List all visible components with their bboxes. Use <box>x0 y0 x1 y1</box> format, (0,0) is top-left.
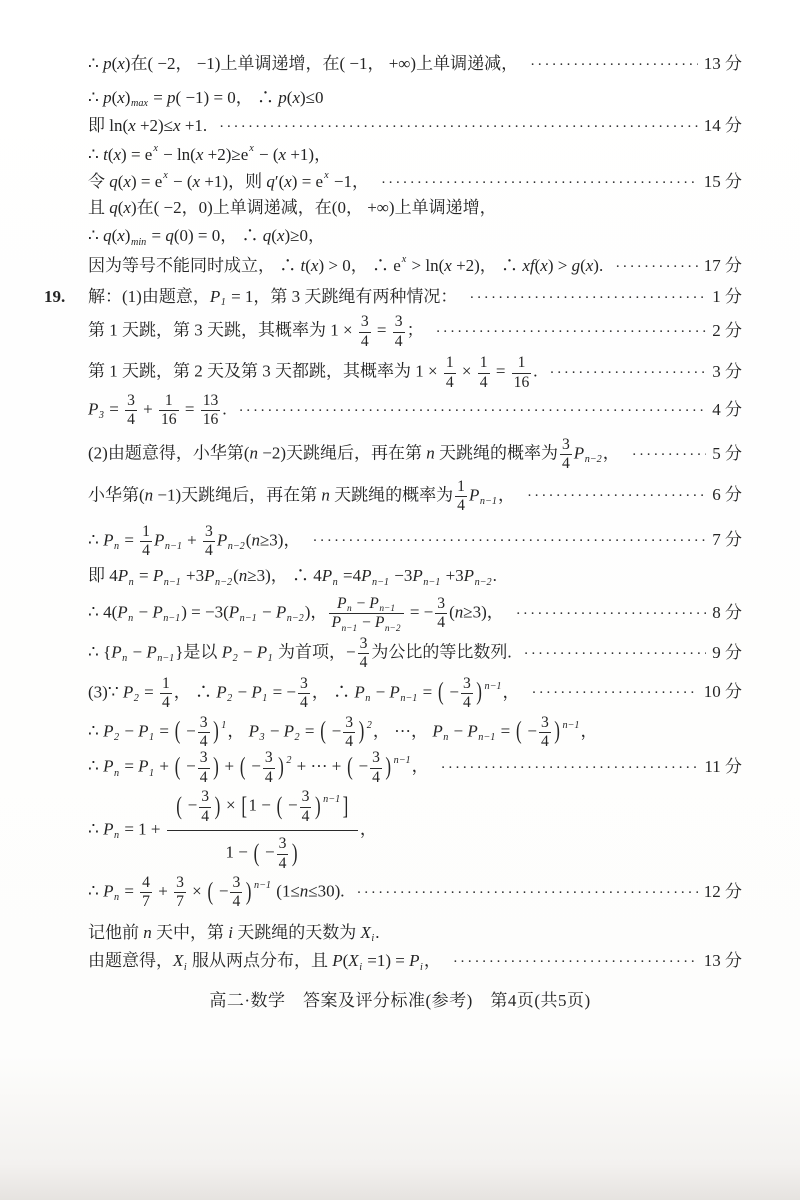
answer-line: 且 q(x)在( −2，0)上单调递减，在(0， +∞)上单调递增， <box>88 196 742 221</box>
score-label: 12 分 <box>704 880 742 905</box>
subscript: n−1 <box>400 692 417 707</box>
big-bracket: ] <box>343 793 349 820</box>
big-bracket: ) <box>554 713 560 750</box>
subscript: i <box>184 961 187 976</box>
math-variable: P <box>216 682 226 701</box>
math-variable: P <box>251 682 261 701</box>
math-variable: P <box>432 721 442 740</box>
answer-line: ∴ Pn = 14Pn−1 + 34Pn−2(n≥3)，············… <box>88 524 742 560</box>
fraction-denominator: 4 <box>539 733 551 750</box>
dotted-leader: ········································… <box>453 952 698 974</box>
line-content: (2)由题意得，小华第(n −2)天跳绳后，再在第 n 天跳绳的概率为34Pn−… <box>88 437 620 473</box>
subscript: n <box>128 612 133 627</box>
math-variable: xf <box>522 256 534 275</box>
math-variable: x <box>292 88 300 107</box>
superscript: 2 <box>286 754 291 769</box>
math-variable: P <box>412 566 422 585</box>
dotted-leader: ········································… <box>524 644 707 666</box>
math-variable: x <box>117 88 125 107</box>
math-variable: q <box>266 172 275 191</box>
math-variable: P <box>103 530 113 549</box>
fraction-numerator: 3 <box>125 393 137 411</box>
fraction-denominator: 7 <box>174 893 186 910</box>
superscript: x <box>324 169 329 184</box>
line-content: 小华第(n −1)天跳绳后，再在第 n 天跳绳的概率为14Pn−1， <box>88 479 515 515</box>
math-variable: P <box>154 530 164 549</box>
math-variable: X <box>173 951 183 970</box>
fraction-numerator: 3 <box>230 875 242 893</box>
big-bracket: ( <box>347 749 353 786</box>
math-variable: P <box>464 566 474 585</box>
fraction-denominator: 4 <box>203 542 215 559</box>
fraction-numerator: 1 <box>478 355 490 373</box>
subscript: 3 <box>259 731 264 746</box>
subscript: 2 <box>134 692 139 707</box>
math-variable: x <box>277 226 285 245</box>
dotted-leader: ········································… <box>516 604 707 626</box>
line-content: 第 1 天跳，第 2 天及第 3 天都跳，其概率为 1 × 14 × 14 = … <box>88 355 538 391</box>
fraction-denominator: 4 <box>298 694 310 711</box>
fraction-denominator: 4 <box>198 733 210 750</box>
subscript: n−2 <box>228 540 245 555</box>
fraction-numerator: 1 <box>444 355 456 373</box>
subscript: n−1 <box>163 612 180 627</box>
fraction-denominator: 16 <box>201 411 221 428</box>
fraction: 116 <box>159 393 179 429</box>
math-variable: p <box>167 88 176 107</box>
math-variable: q <box>109 172 118 191</box>
answer-line: ∴ {Pn − Pn−1}是以 P2 − P1 为首项，−34为公比的等比数列.… <box>88 636 742 672</box>
fraction: 37 <box>174 875 186 911</box>
math-variable: P <box>103 721 113 740</box>
math-variable: n <box>249 444 258 463</box>
fraction-numerator: 4 <box>140 875 152 893</box>
fraction-denominator: Pn−1 − Pn−2 <box>329 614 403 631</box>
big-bracket: ( <box>438 674 444 711</box>
fraction-denominator: 16 <box>159 411 179 428</box>
fraction-numerator: 13 <box>201 393 221 411</box>
answer-line: 第 1 天跳，第 3 天跳，其概率为 1 × 34 = 34；·········… <box>88 314 742 350</box>
line-content: ∴ p(x)在( −2， −1)上单调递增，在( −1， +∞)上单调递减， <box>88 52 518 77</box>
subscript: 1 <box>221 296 226 311</box>
math-variable: q <box>109 198 118 217</box>
math-variable: x <box>123 172 131 191</box>
fraction: 116 <box>512 355 532 391</box>
subscript: i <box>420 961 423 976</box>
fraction-numerator: 3 <box>343 715 355 733</box>
math-variable: P <box>389 682 399 701</box>
dotted-leader: ········································… <box>436 322 707 344</box>
math-variable: q <box>165 226 174 245</box>
score-label: 8 分 <box>712 601 742 626</box>
answer-line: ∴ 4(Pn − Pn−1) = −3(Pn−1 − Pn−2)，Pn − Pn… <box>88 596 742 632</box>
math-variable: P <box>88 400 98 419</box>
line-content: P3 = 34 + 116 = 1316. <box>88 393 227 429</box>
fraction: 14 <box>478 355 490 391</box>
math-variable: x <box>123 198 131 217</box>
score-label: 17 分 <box>704 254 742 279</box>
score-label: 14 分 <box>704 114 742 139</box>
fraction: 34 <box>370 750 382 786</box>
subscript: n−1 <box>423 576 440 591</box>
answer-line: ∴ P2 − P1 = ( −34)1， P3 − P2 = ( −34)2， … <box>88 715 742 751</box>
subscript: n <box>114 891 119 906</box>
fraction-numerator: 3 <box>298 676 310 694</box>
score-label: 2 分 <box>712 319 742 344</box>
big-bracket: ) <box>476 674 482 711</box>
fraction: 34 <box>435 596 447 632</box>
fraction-numerator: 3 <box>358 636 370 654</box>
big-bracket: ( <box>207 874 213 911</box>
fraction: 1316 <box>201 393 221 429</box>
fraction-denominator: 7 <box>140 893 152 910</box>
fraction-numerator: 3 <box>560 437 572 455</box>
dotted-leader: ········································… <box>312 531 706 553</box>
math-variable: P <box>337 595 347 612</box>
big-bracket: ) <box>213 713 219 750</box>
subscript: 3 <box>99 409 104 424</box>
fraction: 34 <box>277 836 289 872</box>
math-variable: x <box>586 256 594 275</box>
math-variable: x <box>311 256 319 275</box>
math-variable: g <box>572 256 581 275</box>
line-content: 因为等号不能同时成立， ∴ t(x) > 0， ∴ ex > ln(x +2)，… <box>88 254 603 279</box>
answer-line: ∴ Pn = 47 + 37 × ( −34)n−1 (1≤n≤30).····… <box>88 875 742 911</box>
math-variable: n <box>426 444 435 463</box>
score-label: 9 分 <box>712 641 742 666</box>
score-label: 13 分 <box>704 949 742 974</box>
answer-line: ∴ p(x)max = p( −1) = 0， ∴ p(x)≤0 <box>88 86 742 111</box>
math-variable: i <box>228 923 233 942</box>
fraction: 34 <box>230 875 242 911</box>
fraction-numerator: 3 <box>461 676 473 694</box>
line-content: ∴ Pn = 47 + 37 × ( −34)n−1 (1≤n≤30). <box>88 875 345 911</box>
answer-line: 由题意得，Xi 服从两点分布，且 P(Xi =1) = Pi，·········… <box>88 949 742 974</box>
line-content: ∴ Pn = 14Pn−1 + 34Pn−2(n≥3)， <box>88 524 300 560</box>
subscript: max <box>131 97 148 112</box>
big-bracket: [ <box>241 793 247 820</box>
fraction-denominator: 4 <box>198 769 210 786</box>
math-variable: P <box>354 682 364 701</box>
fraction: 34 <box>125 393 137 429</box>
subscript: n−1 <box>165 540 182 555</box>
big-bracket: ) <box>359 713 365 750</box>
line-content: 第 1 天跳，第 3 天跳，其概率为 1 × 34 = 34； <box>88 314 424 350</box>
fraction: 34 <box>461 676 473 712</box>
fraction: 34 <box>298 676 310 712</box>
fraction-denominator: 4 <box>435 614 447 631</box>
math-variable: p <box>103 88 112 107</box>
fraction-numerator: 3 <box>198 750 210 768</box>
dotted-leader: ········································… <box>219 117 698 139</box>
superscript: n−1 <box>484 680 501 695</box>
subscript: n−2 <box>385 625 401 635</box>
subscript: i <box>371 932 374 947</box>
subscript: n−2 <box>287 612 304 627</box>
scanned-answer-page: ∴ p(x)在( −2， −1)上单调递增，在( −1， +∞)上单调递减，··… <box>0 0 800 1200</box>
score-label: 11 分 <box>704 755 742 780</box>
math-variable: P <box>222 643 232 662</box>
subscript: n−1 <box>240 612 257 627</box>
score-label: 10 分 <box>704 680 742 705</box>
dotted-leader: ········································… <box>530 55 698 77</box>
score-label: 5 分 <box>712 442 742 467</box>
fraction: 34 <box>203 524 215 560</box>
math-variable: P <box>276 603 286 622</box>
fraction-numerator: 3 <box>370 750 382 768</box>
score-label: 1 分 <box>712 285 742 310</box>
fraction-denominator: 4 <box>560 455 572 472</box>
fraction-denominator: 4 <box>370 769 382 786</box>
subscript: n <box>347 605 352 615</box>
superscript: x <box>163 169 168 184</box>
math-variable: x <box>444 256 452 275</box>
fraction-numerator: 1 <box>160 676 172 694</box>
math-variable: P <box>138 757 148 776</box>
line-content: 解：(1)由题意，P1 = 1，第 3 天跳绳有两种情况： <box>88 285 457 310</box>
dotted-leader: ········································… <box>357 883 698 905</box>
fraction: 34 <box>343 715 355 751</box>
math-variable: n <box>239 566 248 585</box>
superscript: n−1 <box>394 754 411 769</box>
fraction-denominator: 1 − ( −34) <box>167 831 358 875</box>
answer-line: ∴ p(x)在( −2， −1)上单调递增，在( −1， +∞)上单调递减，··… <box>88 52 742 77</box>
superscript: n−1 <box>254 879 271 894</box>
score-label: 13 分 <box>704 52 742 77</box>
score-label: 6 分 <box>712 483 742 508</box>
fraction: 47 <box>140 875 152 911</box>
math-variable: q <box>263 226 272 245</box>
question-number: 19. <box>44 285 88 310</box>
subscript: n−1 <box>157 652 174 667</box>
big-bracket: ( <box>240 749 246 786</box>
subscript: n <box>114 540 119 555</box>
score-label: 4 分 <box>712 398 742 423</box>
math-variable: P <box>332 951 342 970</box>
fraction-denominator: 4 <box>230 893 242 910</box>
math-variable: P <box>469 485 479 504</box>
big-bracket: ( <box>176 793 182 820</box>
math-variable: P <box>284 721 294 740</box>
fraction-denominator: 4 <box>140 542 152 559</box>
fraction-numerator: 3 <box>300 789 312 807</box>
math-variable: P <box>249 721 259 740</box>
math-variable: x <box>284 172 292 191</box>
answer-line: ∴ Pn = 1 + ( −34) × [1 − ( −34)n−1]1 − (… <box>88 786 742 875</box>
fraction: Pn − Pn−1Pn−1 − Pn−2 <box>329 596 403 632</box>
fraction-denominator: 4 <box>277 855 289 872</box>
answer-line: (2)由题意得，小华第(n −2)天跳绳后，再在第 n 天跳绳的概率为34Pn−… <box>88 437 742 473</box>
fraction: 34 <box>393 314 405 350</box>
fraction: 14 <box>160 676 172 712</box>
big-bracket: ( <box>516 713 522 750</box>
math-variable: P <box>369 595 379 612</box>
math-variable: P <box>361 566 371 585</box>
subscript: i <box>359 961 362 976</box>
math-variable: x <box>117 54 125 73</box>
subscript: n−1 <box>478 731 495 746</box>
subscript: 1 <box>149 731 154 746</box>
math-variable: X <box>348 951 358 970</box>
subscript: n−2 <box>475 576 492 591</box>
fraction-numerator: 3 <box>277 836 289 854</box>
fraction-denominator: 4 <box>444 374 456 391</box>
line-content: 即 ln(x +2)≤x +1. <box>88 114 207 139</box>
line-content: 且 q(x)在( −2，0)上单调递减，在(0， +∞)上单调递增， <box>88 196 497 221</box>
subscript: 1 <box>268 652 273 667</box>
math-variable: p <box>103 54 112 73</box>
subscript: 2 <box>295 731 300 746</box>
line-content: ∴ Pn = 1 + ( −34) × [1 − ( −34)n−1]1 − (… <box>88 786 377 875</box>
answer-line: ∴ Pn = P1 + ( −34) + ( −34)2 + ··· + ( −… <box>88 750 742 786</box>
fraction: 34 <box>359 314 371 350</box>
math-variable: P <box>118 566 128 585</box>
fraction-denominator: 4 <box>358 654 370 671</box>
math-variable: P <box>152 603 162 622</box>
subscript: n <box>129 576 134 591</box>
subscript: 2 <box>233 652 238 667</box>
big-bracket: ( <box>320 713 326 750</box>
dotted-leader: ········································… <box>441 758 699 780</box>
answer-line: 19.解：(1)由题意，P1 = 1，第 3 天跳绳有两种情况：········… <box>88 285 742 310</box>
fraction: 14 <box>455 479 467 515</box>
superscript: x <box>153 142 158 157</box>
math-variable: t <box>301 256 306 275</box>
superscript: 2 <box>367 719 372 734</box>
answer-line: 第 1 天跳，第 2 天及第 3 天都跳，其概率为 1 × 14 × 14 = … <box>88 355 742 391</box>
math-variable: X <box>360 923 370 942</box>
math-variable: P <box>117 603 127 622</box>
fraction-numerator: 3 <box>199 789 211 807</box>
big-bracket: ) <box>292 840 298 867</box>
math-variable: P <box>111 643 121 662</box>
dotted-leader: ········································… <box>527 486 706 508</box>
score-label: 3 分 <box>712 360 742 385</box>
fraction: 34 <box>198 715 210 751</box>
math-variable: x <box>173 116 181 135</box>
math-variable: x <box>540 256 548 275</box>
fraction: 34 <box>263 750 275 786</box>
answer-line: 即 4Pn = Pn−1 +3Pn−2(n≥3)， ∴ 4Pn =4Pn−1 −… <box>88 564 742 589</box>
dotted-leader: ········································… <box>550 363 707 385</box>
math-variable: x <box>117 226 125 245</box>
math-variable: P <box>123 682 133 701</box>
fraction-numerator: 1 <box>455 479 467 497</box>
fraction-numerator: 1 <box>140 524 152 542</box>
fraction: 34 <box>560 437 572 473</box>
answer-line: 因为等号不能同时成立， ∴ t(x) > 0， ∴ ex > ln(x +2)，… <box>88 254 742 279</box>
line-content: 即 4Pn = Pn−1 +3Pn−2(n≥3)， ∴ 4Pn =4Pn−1 −… <box>88 564 497 589</box>
big-bracket: ( <box>277 793 283 820</box>
big-bracket: ) <box>278 749 284 786</box>
answer-line: 记他前 n 天中，第 i 天跳绳的天数为 Xi. <box>88 921 742 946</box>
math-variable: P <box>375 614 385 631</box>
fraction-denominator: 4 <box>455 497 467 514</box>
fraction: 34 <box>199 789 211 825</box>
big-bracket: ) <box>246 874 252 911</box>
fraction: ( −34) × [1 − ( −34)n−1]1 − ( −34) <box>167 786 358 875</box>
fraction: 14 <box>444 355 456 391</box>
math-variable: P <box>409 951 419 970</box>
math-variable: P <box>467 721 477 740</box>
fraction-numerator: 3 <box>435 596 447 614</box>
subscript: n−1 <box>372 576 389 591</box>
answer-line: 小华第(n −1)天跳绳后，再在第 n 天跳绳的概率为14Pn−1，······… <box>88 479 742 515</box>
line-content: ∴ P2 − P1 = ( −34)1， P3 − P2 = ( −34)2， … <box>88 715 598 751</box>
fraction-numerator: 3 <box>393 314 405 332</box>
superscript: x <box>249 142 254 157</box>
subscript: 1 <box>262 692 267 707</box>
math-variable: x <box>128 116 136 135</box>
superscript: n−1 <box>562 719 579 734</box>
superscript: n−1 <box>323 795 340 806</box>
math-variable: P <box>322 566 332 585</box>
subscript: min <box>131 236 146 251</box>
subscript: n−2 <box>585 453 602 468</box>
subscript: n−1 <box>379 605 395 615</box>
line-content: ∴ {Pn − Pn−1}是以 P2 − P1 为首项，−34为公比的等比数列. <box>88 636 512 672</box>
big-bracket: ) <box>215 793 221 820</box>
fraction-denominator: 4 <box>359 333 371 350</box>
subscript: 2 <box>227 692 232 707</box>
answer-line: ∴ t(x) = ex − ln(x +2)≥ex − (x +1)， <box>88 143 742 168</box>
dotted-leader: ········································… <box>239 401 707 423</box>
math-variable: n <box>251 530 260 549</box>
line-content: 记他前 n 天中，第 i 天跳绳的天数为 Xi. <box>88 921 379 946</box>
math-variable: q <box>103 226 112 245</box>
answer-line: 即 ln(x +2)≤x +1.························… <box>88 114 742 139</box>
math-variable: n <box>143 923 152 942</box>
subscript: n−2 <box>215 576 232 591</box>
subscript: 2 <box>114 731 119 746</box>
math-variable: P <box>138 721 148 740</box>
fraction-denominator: 4 <box>461 694 473 711</box>
answer-line: ∴ q(x)min = q(0) = 0， ∴ q(x)≥0， <box>88 224 742 249</box>
math-variable: P <box>574 444 584 463</box>
math-variable: P <box>229 603 239 622</box>
math-variable: n <box>300 882 309 901</box>
fraction-numerator: Pn − Pn−1 <box>329 596 403 614</box>
line-content: ∴ q(x)min = q(0) = 0， ∴ q(x)≥0， <box>88 224 325 249</box>
big-bracket: ( <box>254 840 260 867</box>
fraction-denominator: 4 <box>160 694 172 711</box>
fraction-denominator: 4 <box>300 808 312 825</box>
math-variable: n <box>145 485 154 504</box>
subscript: 1 <box>149 767 154 782</box>
fraction: 34 <box>198 750 210 786</box>
fraction-numerator: 3 <box>174 875 186 893</box>
fraction: 14 <box>140 524 152 560</box>
fraction-denominator: 4 <box>125 411 137 428</box>
math-variable: x <box>279 145 287 164</box>
subscript: n <box>333 576 338 591</box>
fraction-numerator: 1 <box>159 393 179 411</box>
subscript: n <box>443 731 448 746</box>
line-content: 由题意得，Xi 服从两点分布，且 P(Xi =1) = Pi， <box>88 949 441 974</box>
score-label: 7 分 <box>712 528 742 553</box>
subscript: n−1 <box>341 625 357 635</box>
big-bracket: ) <box>385 749 391 786</box>
math-variable: t <box>103 145 108 164</box>
math-variable: P <box>331 614 341 631</box>
line-content: ∴ p(x)max = p( −1) = 0， ∴ p(x)≤0 <box>88 86 324 111</box>
line-content: ∴ Pn = P1 + ( −34) + ( −34)2 + ··· + ( −… <box>88 750 429 786</box>
math-variable: x <box>113 145 121 164</box>
math-variable: P <box>103 882 113 901</box>
big-bracket: ( <box>175 713 181 750</box>
fraction-numerator: 1 <box>512 355 532 373</box>
big-bracket: ( <box>175 749 181 786</box>
